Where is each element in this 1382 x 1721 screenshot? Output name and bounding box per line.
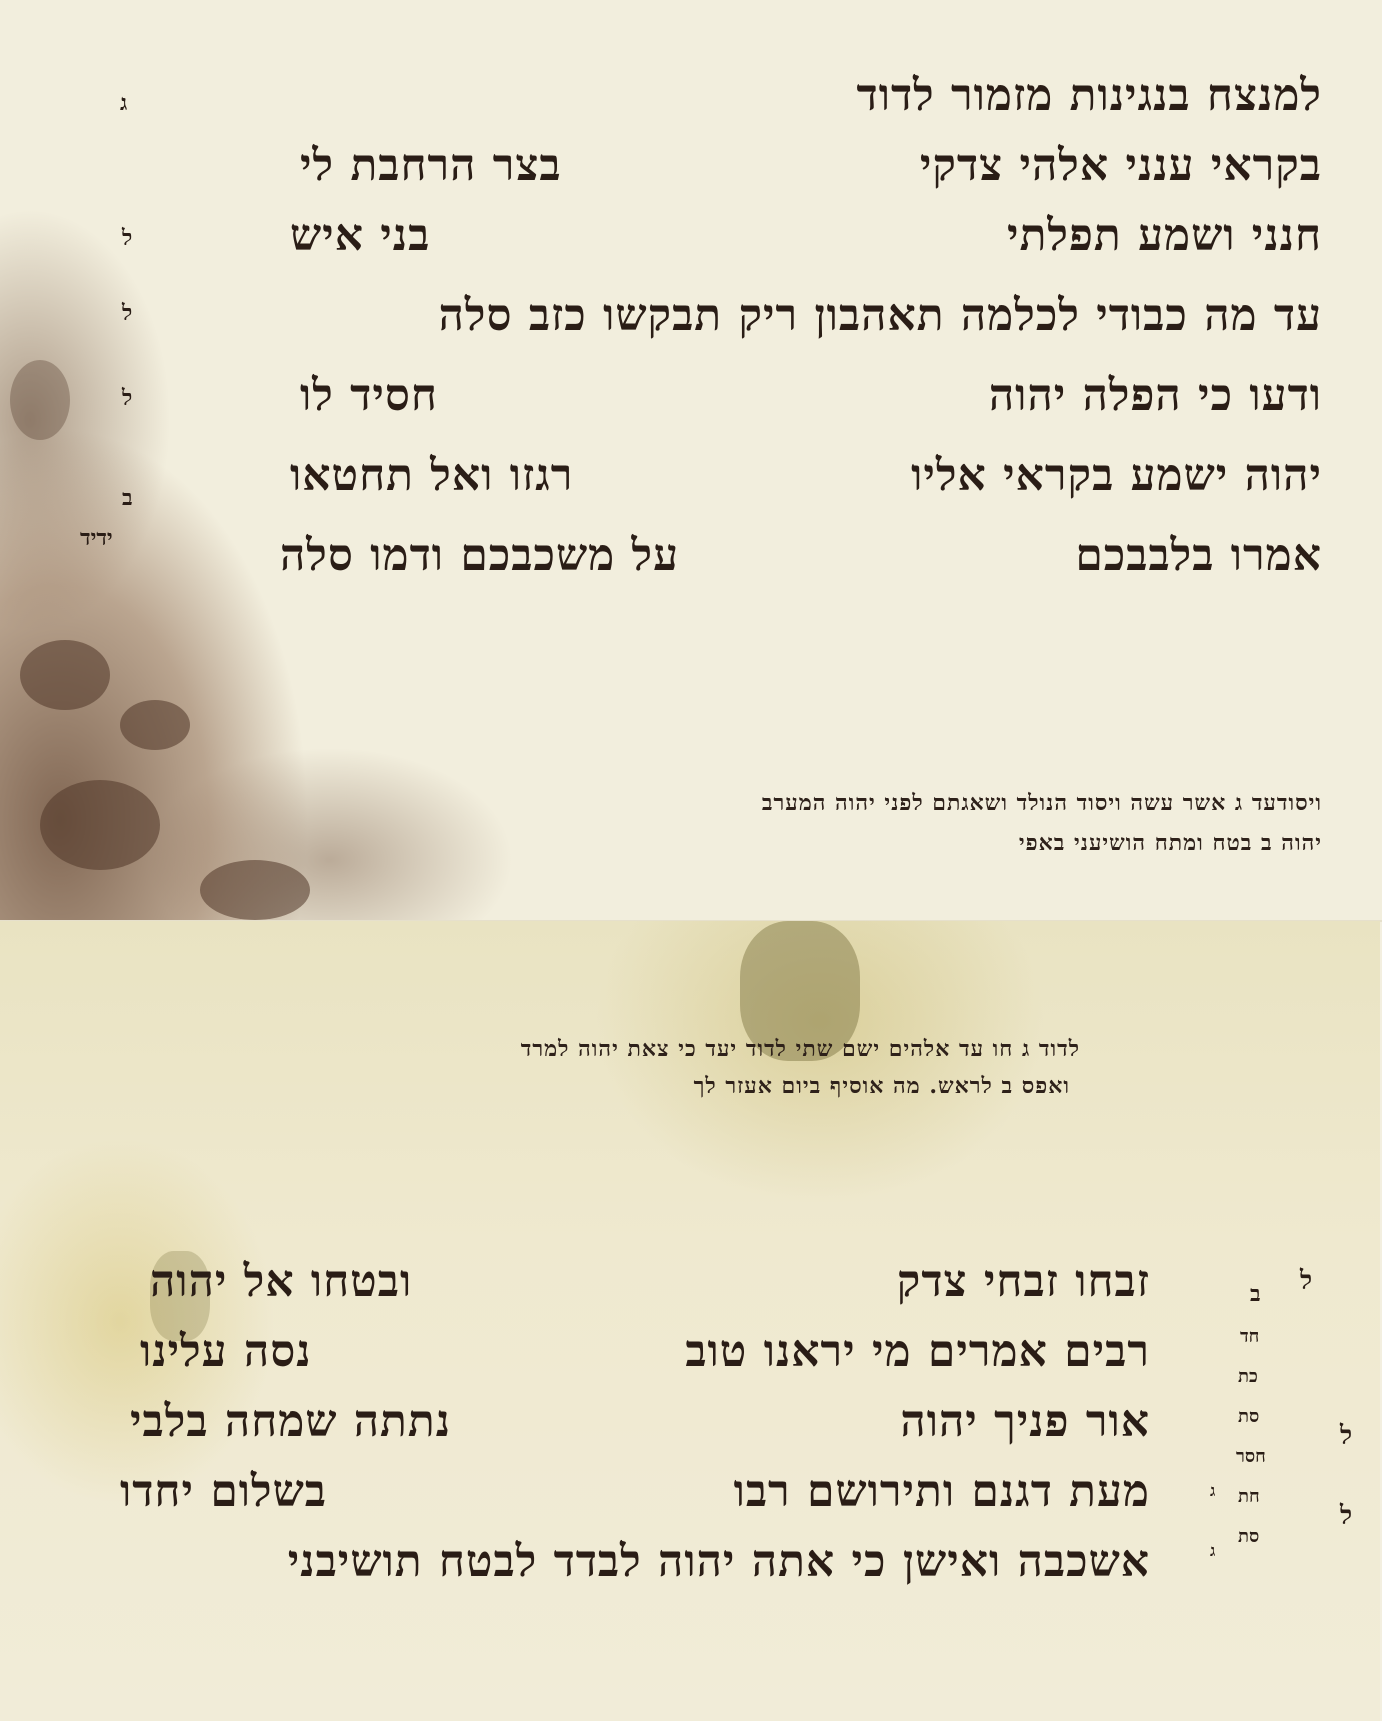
masora-line-2: יהוה ב בטח ומתח הושיעני באפי [1019, 830, 1322, 856]
line-4-right: עד מה כבודי לכלמה תאהבון ריק תבקשו כזב ס… [439, 290, 1322, 341]
line-6-left: רגזו ואל תחטאו [290, 450, 573, 501]
line-5-right: אשכבה ואישן כי אתה יהוה לבדד לבטח תושיבנ… [288, 1536, 1150, 1587]
text-line-3: אור פניך יהוה [900, 1396, 1150, 1447]
margin-note: סת [1238, 1526, 1259, 1547]
line-3-left: נתתה שמחה בלבי [130, 1396, 451, 1447]
manuscript-fragment-bottom: לדוד ג חו עד אלהים ישם שתי לדוד יעד כי צ… [0, 921, 1380, 1721]
line-4-left: בשלום יחדו [120, 1466, 327, 1517]
margin-mark: ג [1210, 1481, 1215, 1501]
text-line-5: ודעו כי הפלה יהוה [989, 370, 1322, 421]
margin-note: ל [122, 385, 132, 411]
text-line-2-left: נסה עלינו [140, 1326, 312, 1377]
margin-note: ל [1340, 1421, 1352, 1451]
text-line-4-left: בשלום יחדו [120, 1466, 327, 1517]
line-6-right: יהוה ישמע בקראי אליו [911, 450, 1322, 501]
line-3-right: אור פניך יהוה [900, 1396, 1150, 1447]
text-line-4: עד מה כבודי לכלמה תאהבון ריק תבקשו כזב ס… [439, 290, 1322, 341]
ink-stain [20, 640, 110, 710]
line-2-left: בצר הרחבת לי [300, 140, 562, 191]
line-3-right: חנני ושמע תפלתי [1007, 210, 1322, 261]
line-1-left: ובטחו אל יהוה [150, 1256, 412, 1307]
masora-line-1: לדוד ג חו עד אלהים ישם שתי לדוד יעד כי צ… [521, 1036, 1080, 1062]
masora-text: ויסודעד ג אשר עשה ויסוד הנולד ושאגתם לפנ… [762, 790, 1322, 816]
margin-note: ל [122, 225, 132, 251]
margin-note: ידיד [80, 525, 113, 551]
masora-text: ואפס ב לראש. מה אוסיף ביום אעזר לך [694, 1073, 1070, 1099]
text-line-1: זבחו זבחי צדק [897, 1256, 1150, 1307]
text-line-5-left: חסיד לו [300, 370, 438, 421]
text-line-4: מעת דגנם ותירושם רבו [734, 1466, 1150, 1517]
line-7-right: אמרו בלבבכם [1075, 530, 1322, 581]
line-2-right: רבים אמרים מי יראנו טוב [685, 1326, 1150, 1377]
margin-note: ב [1250, 1281, 1261, 1307]
line-1-right: זבחו זבחי צדק [897, 1256, 1150, 1307]
line-5-left: חסיד לו [300, 370, 438, 421]
margin-note: חד [1240, 1326, 1259, 1347]
ink-stain [120, 700, 190, 750]
text-line-7: אמרו בלבבכם [1075, 530, 1322, 581]
margin-note: ל [1340, 1501, 1352, 1531]
text-line-6-left: רגזו ואל תחטאו [290, 450, 573, 501]
margin-note: ל [1300, 1266, 1312, 1296]
margin-mark: ג [1210, 1541, 1215, 1561]
text-line-3: חנני ושמע תפלתי [1007, 210, 1322, 261]
manuscript-fragment-top: למנצח בנגינות מזמור לדוד בקראי ענני אלהי… [0, 0, 1382, 921]
text-line-1-left: ובטחו אל יהוה [150, 1256, 412, 1307]
text-line-2-left: בצר הרחבת לי [300, 140, 562, 191]
masora-line-1: ויסודעד ג אשר עשה ויסוד הנולד ושאגתם לפנ… [762, 790, 1322, 816]
ink-stain [40, 780, 160, 870]
masora-text: יהוה ב בטח ומתח הושיעני באפי [1019, 830, 1322, 856]
line-2-left: נסה עלינו [140, 1326, 312, 1377]
margin-note: חת [1238, 1486, 1260, 1507]
text-line-3-left: בני איש [290, 210, 430, 261]
line-3-left: בני איש [290, 210, 430, 261]
ink-stain [10, 360, 70, 440]
margin-note: כת [1238, 1366, 1258, 1387]
text-line-7-left: על משכבכם ודמו סלה [280, 530, 679, 581]
text-line-6: יהוה ישמע בקראי אליו [911, 450, 1322, 501]
text-line-3-left: נתתה שמחה בלבי [130, 1396, 451, 1447]
margin-note: ג [120, 90, 127, 116]
text-line-2: רבים אמרים מי יראנו טוב [685, 1326, 1150, 1377]
text-line-5: אשכבה ואישן כי אתה יהוה לבדד לבטח תושיבנ… [288, 1536, 1150, 1587]
text-line-2: בקראי ענני אלהי צדקי [920, 140, 1322, 191]
ink-stain [200, 860, 310, 920]
margin-note: סת [1238, 1406, 1259, 1427]
line-5-right: ודעו כי הפלה יהוה [989, 370, 1322, 421]
masora-line-2: ואפס ב לראש. מה אוסיף ביום אעזר לך [694, 1073, 1070, 1099]
margin-note: חסר [1236, 1446, 1266, 1467]
masora-text: לדוד ג חו עד אלהים ישם שתי לדוד יעד כי צ… [521, 1036, 1080, 1062]
line-1-right: למנצח בנגינות מזמור לדוד [857, 70, 1322, 121]
line-7-left: על משכבכם ודמו סלה [280, 530, 679, 581]
text-line-1: למנצח בנגינות מזמור לדוד [857, 70, 1322, 121]
line-2-right: בקראי ענני אלהי צדקי [920, 140, 1322, 191]
margin-note: ל [122, 300, 132, 326]
line-4-right: מעת דגנם ותירושם רבו [734, 1466, 1150, 1517]
margin-note: ב [122, 485, 133, 511]
